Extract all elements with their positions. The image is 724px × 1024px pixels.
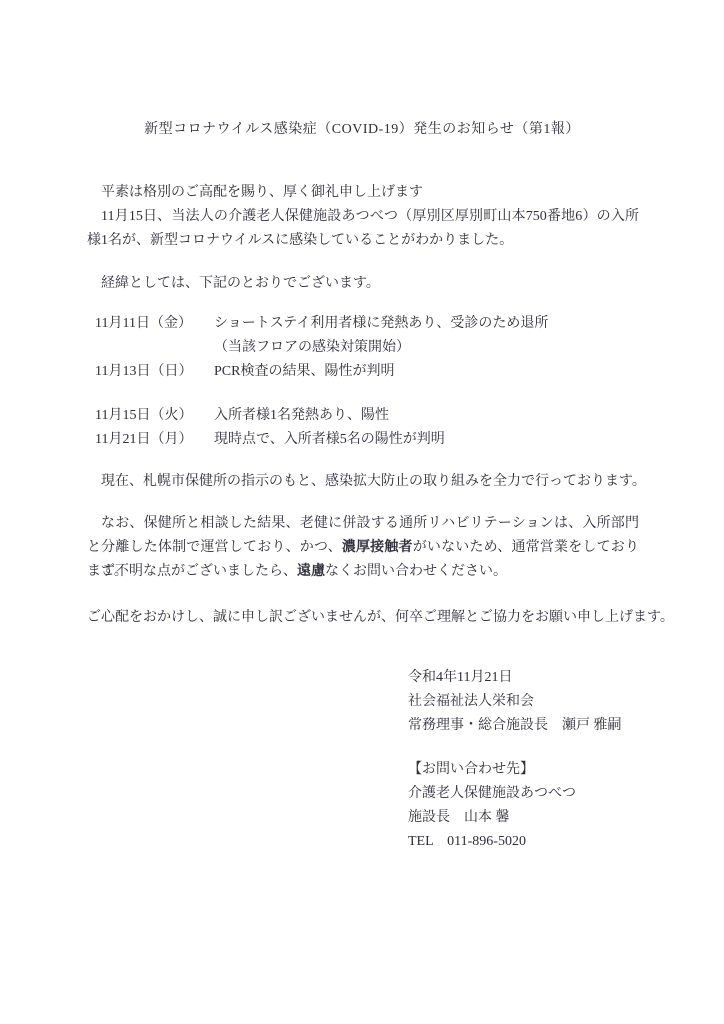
lead-in-section: 経緯としては、下記のとおりでございます。 <box>87 272 639 296</box>
timeline-description: 現時点で、入所者様5名の陽性が判明 <box>214 428 685 452</box>
inquiry-text-emphasis: 遠慮 <box>297 564 325 579</box>
timeline-group-2: 11月15日（火） 入所者様1名発熱あり、陽性 11月21日（月） 現時点で、入… <box>95 404 685 452</box>
inquiry-line: ご不明な点がございましたら、遠慮なくお問い合わせください。 <box>87 560 639 584</box>
timeline-date: 11月15日（火） <box>95 404 214 428</box>
contact-person: 施設長 山本 馨 <box>408 806 708 830</box>
inquiry-text-pre: ご不明な点がございましたら、 <box>101 564 297 579</box>
lead-in-line: 経緯としては、下記のとおりでございます。 <box>87 272 639 296</box>
timeline-description: ショートステイ利用者様に発熱あり、受診のため退所 <box>214 312 548 336</box>
timeline-date: 11月21日（月） <box>95 428 214 452</box>
signoff-signer: 常務理事・総合施設長 瀬戸 雅嗣 <box>408 714 708 738</box>
timeline-row: 11月21日（月） 現時点で、入所者様5名の陽性が判明 <box>95 428 685 452</box>
document-page: 新型コロナウイルス感染症（COVID-19）発生のお知らせ（第1報） 平素は格別… <box>0 0 724 1024</box>
inquiry-text-post: なくお問い合わせください。 <box>325 564 507 579</box>
note-text-emphasis: 濃厚接触者 <box>342 540 413 555</box>
current-status-line: 現在、札幌市保健所の指示のもと、感染拡大防止の取り組みを全力で行っております。 <box>87 470 639 494</box>
timeline-date: 11月11日（金） <box>95 312 214 336</box>
current-status-section: 現在、札幌市保健所の指示のもと、感染拡大防止の取り組みを全力で行っております。 <box>87 470 639 494</box>
timeline-description: PCR検査の結果、陽性が判明 <box>214 360 685 384</box>
timeline-group-1: 11月11日（金） ショートステイ利用者様に発熱あり、受診のため退所 （当該フロ… <box>95 312 685 384</box>
contact-heading: 【お問い合わせ先】 <box>408 758 708 782</box>
apology-section: ご心配をおかけし、誠に申し訳ございませんが、何卒ご理解とご協力をお願い申し上げま… <box>87 606 639 630</box>
greeting-line: 平素は格別のご高配を賜り、厚く御礼申し上げます <box>87 181 639 205</box>
document-title: 新型コロナウイルス感染症（COVID-19）発生のお知らせ（第1報） <box>0 118 724 142</box>
timeline-note: （当該フロアの感染対策開始） <box>214 336 548 360</box>
intro-section: 平素は格別のご高配を賜り、厚く御礼申し上げます 11月15日、当法人の介護老人保… <box>87 181 639 253</box>
signoff-date: 令和4年11月21日 <box>408 666 708 690</box>
inquiry-section: ご不明な点がございましたら、遠慮なくお問い合わせください。 <box>87 560 639 584</box>
signoff-organization: 社会福祉法人栄和会 <box>408 690 708 714</box>
signoff-section: 令和4年11月21日 社会福祉法人栄和会 常務理事・総合施設長 瀬戸 雅嗣 <box>408 666 708 738</box>
contact-section: 【お問い合わせ先】 介護老人保健施設あつべつ 施設長 山本 馨 TEL 011-… <box>408 758 708 854</box>
timeline-row: 11月13日（日） PCR検査の結果、陽性が判明 <box>95 360 685 384</box>
timeline-entry: ショートステイ利用者様に発熱あり、受診のため退所 （当該フロアの感染対策開始） <box>214 312 548 360</box>
timeline-row: 11月11日（金） ショートステイ利用者様に発熱あり、受診のため退所 （当該フロ… <box>95 312 685 360</box>
timeline-row: 11月15日（火） 入所者様1名発熱あり、陽性 <box>95 404 685 428</box>
notice-paragraph: 11月15日、当法人の介護老人保健施設あつべつ（厚別区厚別町山本750番地6）の… <box>87 205 639 253</box>
contact-tel: TEL 011-896-5020 <box>408 830 708 854</box>
timeline-description: 入所者様1名発熱あり、陽性 <box>214 404 685 428</box>
timeline-date: 11月13日（日） <box>95 360 214 384</box>
contact-facility: 介護老人保健施設あつべつ <box>408 782 708 806</box>
apology-line: ご心配をおかけし、誠に申し訳ございませんが、何卒ご理解とご協力をお願い申し上げま… <box>87 606 639 630</box>
